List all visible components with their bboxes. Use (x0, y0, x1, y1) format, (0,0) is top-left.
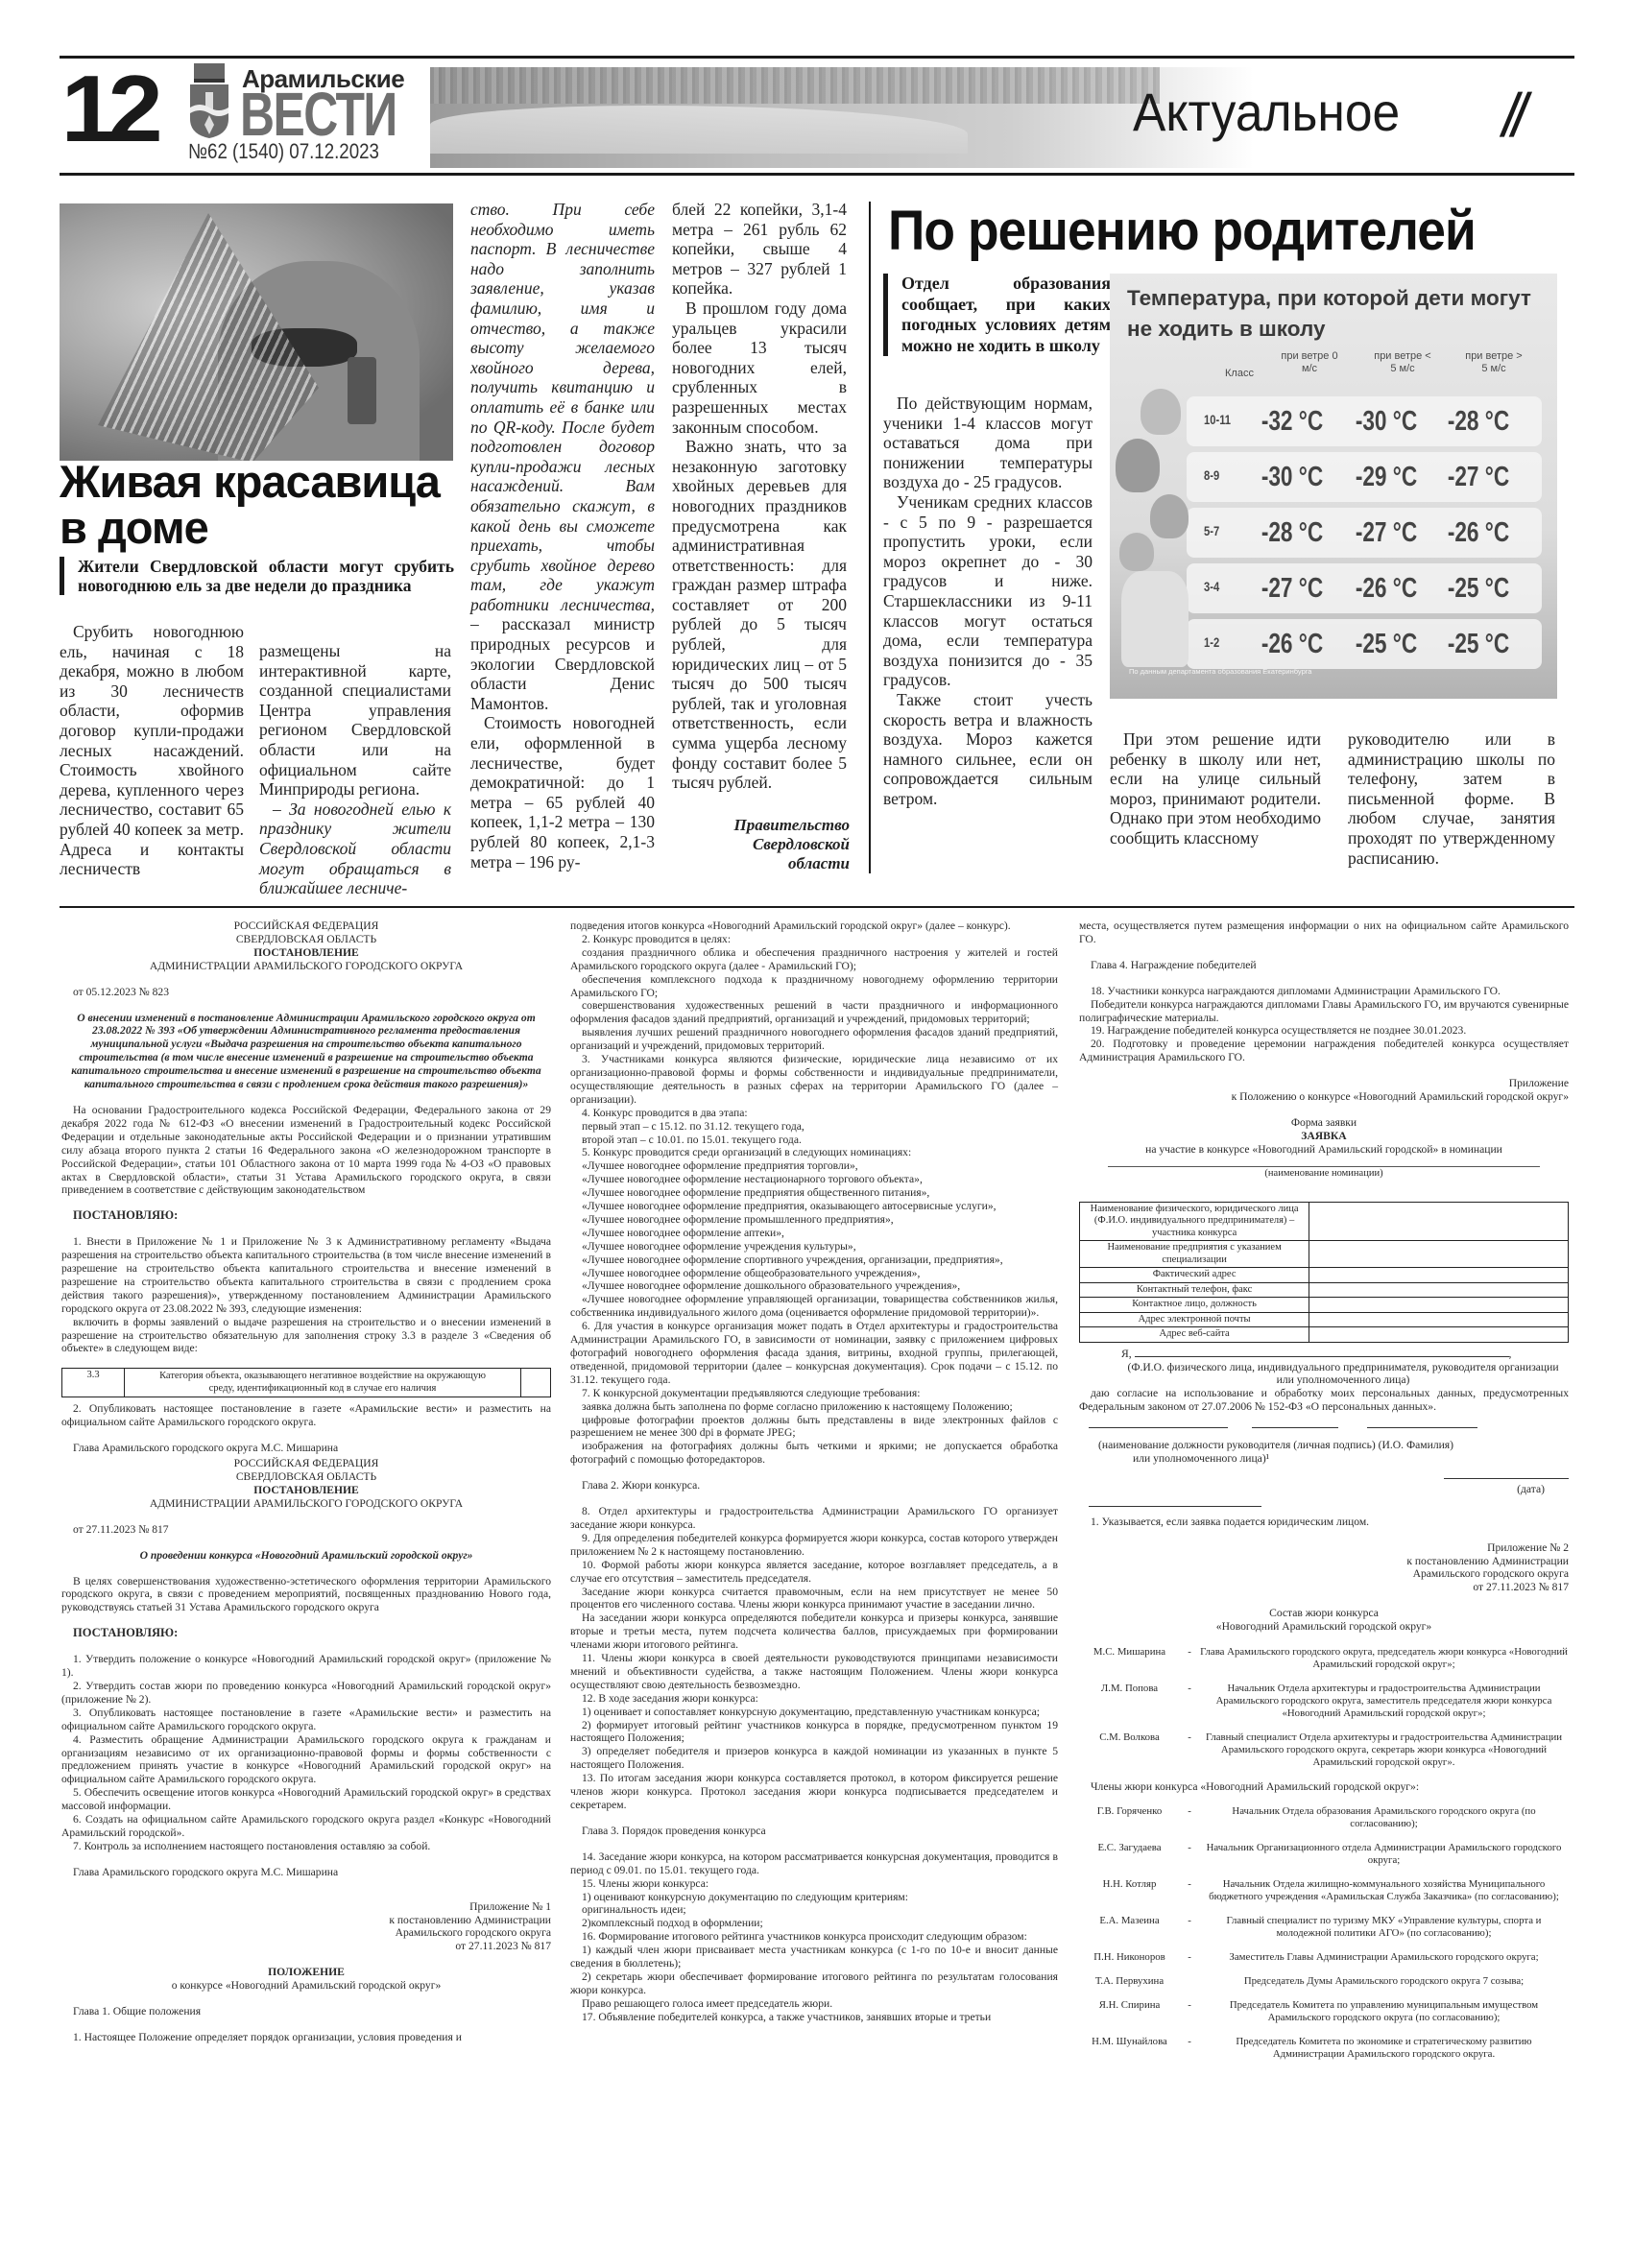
quote-attribution: – рассказал министр природных ресурсов и… (470, 614, 655, 712)
child-body-shape (1121, 571, 1189, 667)
jury-member-dash: - (1180, 1731, 1199, 1769)
date-input-line[interactable] (1444, 1478, 1569, 1479)
jury-leadership-list: М.С. Мишарина-Глава Арамильского городск… (1079, 1646, 1569, 1769)
grade-label: 3-4 (1204, 579, 1235, 594)
table-row: Наименование физического, юридического л… (1080, 1202, 1569, 1241)
jury-member-name: П.Н. Никоноров (1079, 1951, 1180, 1964)
doc-paragraph: 8. Отдел архитектуры и градостроительств… (570, 1505, 1058, 1532)
temperature-row: 10-11 -32 °C -30 °C -28 °C (1187, 396, 1542, 446)
doc-header: АДМИНИСТРАЦИИ АРАМИЛЬСКОГО ГОРОДСКОГО ОК… (61, 960, 551, 973)
doc-paragraph: 4. Конкурс проводится в два этапа: (570, 1107, 1058, 1120)
jury-member-dash: - (1180, 2036, 1199, 2061)
jury-member-name: Н.Н. Котляр (1079, 1878, 1180, 1903)
temperature-row: 3-4 -27 °C -26 °C -25 °C (1187, 563, 1542, 613)
paragraph: Ученикам средних классов - с 5 по 9 - ра… (883, 492, 1093, 690)
table-row: Адрес электронной почты (1080, 1312, 1569, 1327)
doc-paragraph: заявка должна быть заполнена по форме со… (570, 1400, 1058, 1414)
form-field-value[interactable] (1309, 1282, 1569, 1298)
doc-paragraph: 10. Формой работы жюри конкурса является… (570, 1559, 1058, 1586)
jury-member-row: П.Н. Никоноров-Заместитель Главы Админис… (1079, 1951, 1569, 1964)
appendix-line: от 27.11.2023 № 817 (61, 1940, 551, 1953)
nomination-caption: (наименование номинации) (1079, 1167, 1569, 1181)
temperature-row: 8-9 -30 °C -29 °C -27 °C (1187, 452, 1542, 502)
form-field-value[interactable] (1309, 1268, 1569, 1283)
doc-paragraph: «Лучшее новогоднее оформление аптеки», (570, 1227, 1058, 1240)
members-title: Члены жюри конкурса «Новогодний Арамильс… (1079, 1780, 1569, 1794)
paragraph: Важно знать, что за незаконную заготовку… (672, 437, 847, 793)
paragraph: По действующим нормам, ученики 1-4 класс… (883, 394, 1093, 492)
jury-member-name: Н.М. Шунайлова (1079, 2036, 1180, 2061)
jury-member-dash: - (1180, 1683, 1199, 1720)
doc-paragraph: 11. Члены жюри конкурса в своей деятельн… (570, 1652, 1058, 1692)
table-row: Наименование предприятия с указанием спе… (1080, 1241, 1569, 1268)
jury-member-role: Начальник Отдела образования Арамильског… (1199, 1805, 1569, 1830)
jury-member-role: Главный специалист Отдела архитектуры и … (1199, 1731, 1569, 1769)
temp-wind-0: -26 °C (1255, 627, 1330, 661)
paragraph: В прошлом году дома уральцев украсили бо… (672, 298, 847, 437)
form-field-label: Наименование физического, юридического л… (1080, 1202, 1309, 1241)
regulation-subtitle: о конкурсе «Новогодний Арамильский город… (61, 1979, 551, 1993)
doc-item: 5. Обеспечить освещение итогов конкурса … (61, 1786, 551, 1813)
article-column-4: блей 22 копейки, 3,1-4 метра – 261 рубль… (672, 200, 847, 793)
doc-decree: ПОСТАНОВЛЯЮ: (61, 1627, 551, 1640)
temp-wind-gt5: -28 °C (1441, 404, 1516, 439)
signature-caption-2: или уполномоченного лица)¹ (1079, 1452, 1569, 1466)
child-figure-icon (1116, 439, 1160, 492)
masthead-bottom-rule (60, 173, 1574, 176)
position-input-line[interactable] (1089, 1427, 1228, 1428)
doc-paragraph: «Лучшее новогоднее оформление дошкольног… (570, 1279, 1058, 1293)
doc-paragraph: «Лучшее новогоднее оформление промышленн… (570, 1213, 1058, 1227)
jury-member-role: Начальник Отдела архитектуры и градостро… (1199, 1683, 1569, 1720)
school-column-1: По действующим нормам, ученики 1-4 класс… (883, 394, 1093, 808)
doc-paragraph: «Лучшее новогоднее оформление предприяти… (570, 1186, 1058, 1200)
form-field-label: Адрес электронной почты (1080, 1312, 1309, 1327)
jury-member-row: Н.Н. Котляр-Начальник Отдела жилищно-ком… (1079, 1878, 1569, 1903)
chapter-heading: Глава 2. Жюри конкурса. (570, 1479, 1058, 1492)
doc-item: 4. Разместить обращение Администрации Ар… (61, 1733, 551, 1787)
chapter-heading: Глава 3. Порядок проведения конкурса (570, 1825, 1058, 1838)
children-illustration (1112, 389, 1204, 667)
doc-header: ПОСТАНОВЛЕНИЕ (61, 946, 551, 960)
temp-wind-gt5: -25 °C (1441, 627, 1516, 661)
header-grade: Класс (1201, 368, 1278, 380)
temperature-infographic: Температура, при которой дети могут не х… (1110, 274, 1557, 699)
chapter-heading: Глава 1. Общие положения (61, 2005, 551, 2018)
doc-paragraph: «Лучшее новогоднее оформление управляюще… (570, 1293, 1058, 1320)
jury-member-dash: - (1180, 1878, 1199, 1903)
jury-member-role: Начальник Отдела жилищно-коммунального х… (1199, 1878, 1569, 1903)
doc-paragraph: 1) оценивают конкурсную документацию по … (570, 1891, 1058, 1904)
doc-item: 2. Утвердить состав жюри по проведению к… (61, 1680, 551, 1707)
jury-member-dash: - (1180, 1915, 1199, 1940)
doc-paragraph: 5. Конкурс проводится среди организаций … (570, 1146, 1058, 1159)
consent-text: даю согласие на использование и обработк… (1079, 1387, 1569, 1414)
doc-paragraph: 3. Участниками конкурса являются физичес… (570, 1053, 1058, 1107)
doc-item: 6. Создать на официальном сайте Арамильс… (61, 1813, 551, 1840)
doc-header: СВЕРДЛОВСКАЯ ОБЛАСТЬ (61, 933, 551, 946)
spacer (570, 1838, 1058, 1850)
temp-wind-lt5: -25 °C (1349, 627, 1424, 661)
doc-paragraph: выявления лучших решений праздничного но… (570, 1026, 1058, 1053)
doc-paragraph: подведения итогов конкурса «Новогодний А… (570, 919, 1058, 933)
header-wind-0: при ветре 0 м/с (1281, 350, 1338, 375)
doc-paragraph: 19. Награждение победителей конкурса осу… (1079, 1024, 1569, 1038)
temperature-row: 5-7 -28 °C -27 °C -26 °C (1187, 508, 1542, 558)
appendix-line: к постановлению Администрации (61, 1914, 551, 1927)
doc-paragraph: второй этап – с 10.01. по 15.01. текущег… (570, 1134, 1058, 1147)
legal-column-left: РОССИЙСКАЯ ФЕДЕРАЦИЯ СВЕРДЛОВСКАЯ ОБЛАСТ… (61, 919, 551, 2044)
legal-column-middle: подведения итогов конкурса «Новогодний А… (570, 919, 1058, 2024)
doc-date-number: от 27.11.2023 № 817 (61, 1523, 551, 1537)
header-wind-lt5: при ветре < 5 м/с (1374, 350, 1431, 375)
doc-item: 7. Контроль за исполнением настоящего по… (61, 1840, 551, 1853)
doc-preamble: На основании Градостроительного кодекса … (61, 1104, 551, 1197)
chapter-heading: Глава 4. Награждение победителей (1079, 959, 1569, 972)
jury-member-dash: - (1180, 1646, 1199, 1671)
jury-member-dash: - (1180, 1951, 1199, 1964)
jury-member-row: Г.В. Горяченко-Начальник Отдела образова… (1079, 1805, 1569, 1830)
jury-member-role: Главный специалист по туризму МКУ «Управ… (1199, 1915, 1569, 1940)
section-title: Актуальное (1133, 79, 1400, 146)
signature-caption: (наименование должности руководителя (ли… (1079, 1439, 1569, 1452)
jury-member-row: М.С. Мишарина-Глава Арамильского городск… (1079, 1646, 1569, 1671)
doc-decree: ПОСТАНОВЛЯЮ: (61, 1209, 551, 1223)
ya-label: Я, (1121, 1348, 1132, 1360)
doc-paragraph: первый этап – с 15.12. по 31.12. текущег… (570, 1120, 1058, 1134)
form-field-value[interactable] (1309, 1327, 1569, 1343)
doc-paragraph: 14. Заседание жюри конкурса, на котором … (570, 1850, 1058, 1877)
grade-label: 10-11 (1204, 412, 1235, 427)
form-field-label: Контактный телефон, факс (1080, 1282, 1309, 1298)
child-figure-icon (1150, 494, 1189, 538)
section-slashes-icon: // (1499, 86, 1525, 144)
doc-paragraph: обеспечения комплексного подхода к празд… (570, 973, 1058, 1000)
column-divider (869, 202, 871, 873)
appendix-line: от 27.11.2023 № 817 (1079, 1581, 1569, 1594)
doc-header: РОССИЙСКАЯ ФЕДЕРАЦИЯ (61, 919, 551, 933)
regulation-title: ПОЛОЖЕНИЕ (61, 1966, 551, 1979)
doc-header: АДМИНИСТРАЦИИ АРАМИЛЬСКОГО ГОРОДСКОГО ОК… (61, 1497, 551, 1511)
paragraph: блей 22 копейки, 3,1-4 метра – 261 рубль… (672, 200, 847, 298)
doc-paragraph: «Лучшее новогоднее оформление нестациона… (570, 1173, 1058, 1186)
page-number: 12 (61, 61, 156, 155)
form-field-value[interactable] (1309, 1202, 1569, 1241)
table-cell (521, 1369, 551, 1397)
temp-wind-lt5: -26 °C (1349, 571, 1424, 606)
form-field-value[interactable] (1309, 1241, 1569, 1268)
doc-paragraph: 18. Участники конкурса награждаются дипл… (1079, 985, 1569, 998)
doc-item: 3. Опубликовать настоящее постановление … (61, 1707, 551, 1733)
doc-paragraph: включить в формы заявлений о выдаче разр… (61, 1316, 551, 1356)
date-caption: (дата) (1079, 1483, 1569, 1496)
doc1-table: 3.3 Категория объекта, оказывающего нега… (61, 1368, 551, 1397)
article-column-1: Срубить новогоднюю ель, начиная с 18 дек… (60, 622, 244, 879)
jury-member-name: М.С. Мишарина (1079, 1646, 1180, 1671)
child-figure-icon (1141, 389, 1181, 435)
jury-title: Состав жюри конкурса (1079, 1607, 1569, 1620)
jury-member-role: Председатель Комитета по управлению муни… (1199, 1999, 1569, 2024)
doc-paragraph: 3) определяет победителя и призеров конк… (570, 1745, 1058, 1772)
spruce-branch-shape (98, 213, 319, 461)
christmas-tree-photo (60, 203, 453, 461)
doc-paragraph: Победители конкурса награждаются диплома… (1079, 998, 1569, 1025)
form-field-label: Наименование предприятия с указанием спе… (1080, 1241, 1309, 1268)
temp-wind-0: -30 °C (1255, 460, 1330, 494)
temp-wind-gt5: -26 °C (1441, 515, 1516, 550)
jury-member-role: Председатель Думы Арамильского городског… (1199, 1975, 1569, 1988)
grade-label: 1-2 (1204, 634, 1235, 650)
doc-paragraph: «Лучшее новогоднее оформление предприяти… (570, 1200, 1058, 1213)
jury-member-row: С.М. Волкова-Главный специалист Отдела а… (1079, 1731, 1569, 1769)
temp-wind-lt5: -27 °C (1349, 515, 1424, 550)
article-lead-school: Отдел образования сообщает, при каких по… (883, 274, 1111, 356)
jury-member-role: Председатель Комитета по экономике и стр… (1199, 2036, 1569, 2061)
doc-paragraph: «Лучшее новогоднее оформление предприяти… (570, 1159, 1058, 1173)
form-label: Форма заявки (1079, 1116, 1569, 1130)
doc-paragraph: 1) оценивает и сопоставляет конкурсную д… (570, 1706, 1058, 1719)
header-wind-gt5: при ветре > 5 м/с (1465, 350, 1523, 375)
doc-paragraph: 13. По итогам заседания жюри конкурса со… (570, 1772, 1058, 1812)
doc-paragraph: Заседание жюри конкурса считается правом… (570, 1586, 1058, 1612)
table-row: Контактный телефон, факс (1080, 1282, 1569, 1298)
doc-paragraph: 16. Формирование итогового рейтинга учас… (570, 1930, 1058, 1944)
doc-title: О внесении изменений в постановление Адм… (61, 1012, 551, 1091)
axe-icon (348, 357, 376, 424)
doc-paragraph: места, осуществляется путем размещения и… (1079, 919, 1569, 946)
table-row: Фактический адрес (1080, 1268, 1569, 1283)
temp-wind-gt5: -25 °C (1441, 571, 1516, 606)
doc-paragraph: 1. Внести в Приложение № 1 и Приложение … (61, 1235, 551, 1315)
quote-text: ство. При себе необходимо иметь паспорт.… (470, 200, 655, 614)
issue-number-date: №62 (1540) 07.12.2023 (188, 140, 379, 163)
infographic-source: По данным департамента образования Екате… (1129, 667, 1311, 676)
quote-paragraph: – За новогодней елью к празднику жители … (259, 800, 451, 898)
masthead-top-rule (60, 56, 1574, 59)
appendix-line: Арамильского городского округа (1079, 1567, 1569, 1581)
paragraph: При этом решение идти ребенку в школу ил… (1110, 729, 1321, 848)
spacer (570, 1467, 1058, 1479)
doc-signature: Глава Арамильского городского округа М.С… (61, 1442, 551, 1455)
doc-item: 1. Утвердить положение о конкурсе «Новог… (61, 1653, 551, 1680)
jury-member-name: Л.М. Попова (1079, 1683, 1180, 1720)
doc-paragraph: цифровые фотографии проектов должны быть… (570, 1414, 1058, 1441)
legal-section-rule (60, 906, 1574, 908)
article-headline: Живая красавица в доме (60, 459, 463, 551)
table-row: Контактное лицо, должность (1080, 1298, 1569, 1313)
jury-member-name: Е.А. Мазеина (1079, 1915, 1180, 1940)
jury-member-role: Глава Арамильского городского округа, пр… (1199, 1646, 1569, 1671)
footnote-rule (1089, 1506, 1261, 1507)
doc-paragraph: 17. Объявление победителей конкурса, а т… (570, 2011, 1058, 2024)
child-figure-icon (1119, 533, 1154, 571)
paragraph: Стоимость новогодней ели, оформленной в … (470, 713, 655, 871)
jury-member-row: Е.С. Загудаева-Начальник Организационног… (1079, 1842, 1569, 1867)
doc-paragraph: «Лучшее новогоднее оформление спортивног… (570, 1253, 1058, 1267)
spacer (570, 1812, 1058, 1825)
school-column-2: При этом решение идти ребенку в школу ил… (1110, 729, 1321, 848)
doc-paragraph: 12. В ходе заседания жюри конкурса: (570, 1692, 1058, 1706)
doc-paragraph: 2)комплексный подход в оформлении; (570, 1917, 1058, 1930)
jury-member-name: С.М. Волкова (1079, 1731, 1180, 1769)
article-lead: Жители Свердловской области могут срубит… (60, 557, 454, 595)
jury-title: «Новогодний Арамильский городской округ» (1079, 1620, 1569, 1634)
temperature-row: 1-2 -26 °C -25 °C -25 °C (1187, 619, 1542, 669)
jury-member-name: Г.В. Горяченко (1079, 1805, 1180, 1830)
jury-member-row: Е.А. Мазеина-Главный специалист по туриз… (1079, 1915, 1569, 1940)
grade-label: 5-7 (1204, 523, 1235, 538)
paragraph: руководителю или в администрацию школы п… (1348, 729, 1555, 868)
doc-paragraph: 2) формирует итоговый рейтинг участников… (570, 1719, 1058, 1746)
legal-column-right: места, осуществляется путем размещения и… (1079, 919, 1569, 2072)
doc-header: РОССИЙСКАЯ ФЕДЕРАЦИЯ (61, 1457, 551, 1470)
table-cell: 3.3 (62, 1369, 125, 1397)
doc-signature: Глава Арамильского городского округа М.С… (61, 1866, 551, 1879)
form-title: ЗАЯВКА (1079, 1130, 1569, 1143)
doc-paragraph: 2. Опубликовать настоящее постановление … (61, 1402, 551, 1429)
appendix-line: к постановлению Администрации (1079, 1555, 1569, 1568)
doc-paragraph: «Лучшее новогоднее оформление общеобразо… (570, 1267, 1058, 1280)
doc-title: О проведении конкурса «Новогодний Арамил… (61, 1549, 551, 1563)
jury-member-dash: - (1180, 1842, 1199, 1867)
doc-paragraph: 20. Подготовку и проведение церемонии на… (1079, 1038, 1569, 1064)
table-cell: Категория объекта, оказывающего негативн… (125, 1369, 521, 1397)
article-signature: Правительство Свердловской области (715, 816, 850, 873)
doc-preamble: В целях совершенствования художественно-… (61, 1575, 551, 1615)
jury-member-name: Е.С. Загудаева (1079, 1842, 1180, 1867)
coat-of-arms-icon (188, 63, 230, 138)
doc-paragraph: 1) каждый член жюри присваивает места уч… (570, 1944, 1058, 1970)
grade-label: 8-9 (1204, 467, 1235, 483)
footnote: 1. Указывается, если заявка подается юри… (1079, 1516, 1569, 1529)
appendix-line: Приложение № 1 (61, 1900, 551, 1914)
article-column-2: размещены на интерактивной карте, создан… (259, 641, 451, 898)
doc-paragraph: «Лучшее новогоднее оформление учреждения… (570, 1240, 1058, 1253)
form-field-label: Адрес веб-сайта (1080, 1327, 1309, 1343)
doc-date-number: от 05.12.2023 № 823 (61, 986, 551, 999)
jury-members-list: Г.В. Горяченко-Начальник Отдела образова… (1079, 1805, 1569, 2061)
form-field-label: Контактное лицо, должность (1080, 1298, 1309, 1313)
doc-paragraph: 6. Для участия в конкурсе организация мо… (570, 1320, 1058, 1387)
temp-wind-lt5: -30 °C (1349, 404, 1424, 439)
name-caption: (Ф.И.О. физического лица, индивидуальног… (1079, 1361, 1569, 1388)
signature-input-line[interactable] (1252, 1427, 1338, 1428)
jury-member-dash: - (1180, 1805, 1199, 1830)
doc-paragraph: 7. К конкурсной документации предъявляют… (570, 1387, 1058, 1400)
application-form-table: Наименование физического, юридического л… (1079, 1202, 1569, 1343)
temp-wind-0: -32 °C (1255, 404, 1330, 439)
paragraph: размещены на интерактивной карте, создан… (259, 641, 451, 800)
fio-input-line[interactable] (1367, 1427, 1477, 1428)
temp-wind-0: -27 °C (1255, 571, 1330, 606)
form-subtitle: на участие в конкурсе «Новогодний Арамил… (1079, 1143, 1569, 1157)
appendix-line: Арамильского городского округа (61, 1926, 551, 1940)
jury-member-dash (1180, 1975, 1199, 1988)
school-column-3: руководителю или в администрацию школы п… (1348, 729, 1555, 868)
jury-member-name: Я.Н. Спирина (1079, 1999, 1180, 2024)
infographic-title: Температура, при которой дети могут не х… (1127, 283, 1549, 345)
doc-header: СВЕРДЛОВСКАЯ ОБЛАСТЬ (61, 1470, 551, 1484)
jury-member-row: Л.М. Попова-Начальник Отдела архитектуры… (1079, 1683, 1569, 1720)
temp-wind-lt5: -29 °C (1349, 460, 1424, 494)
form-field-value[interactable] (1309, 1312, 1569, 1327)
jury-member-role: Начальник Организационного отдела Админи… (1199, 1842, 1569, 1867)
doc-paragraph: оригинальность идеи; (570, 1903, 1058, 1917)
paragraph: Срубить новогоднюю ель, начиная с 18 дек… (60, 622, 244, 879)
doc-header: ПОСТАНОВЛЕНИЕ (61, 1484, 551, 1497)
table-row: 3.3 Категория объекта, оказывающего нега… (62, 1369, 551, 1397)
table-row: Адрес веб-сайта (1080, 1327, 1569, 1343)
doc-paragraph: совершенствования художественных решений… (570, 999, 1058, 1026)
appendix-line: к Положению о конкурсе «Новогодний Арами… (1079, 1090, 1569, 1104)
newspaper-name-main: ВЕСТИ (240, 86, 396, 142)
doc-paragraph: 2. Конкурс проводится в целях: (570, 933, 1058, 946)
temp-wind-0: -28 °C (1255, 515, 1330, 550)
jury-member-row: Н.М. Шунайлова-Председатель Комитета по … (1079, 2036, 1569, 2061)
doc-paragraph: 15. Члены жюри конкурса: (570, 1877, 1058, 1891)
doc-paragraph: 9. Для определения победителей конкурса … (570, 1532, 1058, 1559)
appendix-line: Приложение (1079, 1077, 1569, 1090)
temp-wind-gt5: -27 °C (1441, 460, 1516, 494)
paragraph: Также стоит учесть скорость ветра и влаж… (883, 690, 1093, 809)
spacer (570, 1492, 1058, 1505)
article-headline-school: По решению родителей (888, 198, 1476, 265)
doc-paragraph: На заседании жюри конкурса определяются … (570, 1611, 1058, 1652)
doc-paragraph: 2) секретарь жюри обеспечивает формирова… (570, 1970, 1058, 1997)
form-field-value[interactable] (1309, 1298, 1569, 1313)
doc-paragraph: изображения на фотографиях должны быть ч… (570, 1440, 1058, 1467)
appendix-line: Приложение № 2 (1079, 1541, 1569, 1555)
name-input-line[interactable] (1135, 1347, 1509, 1357)
doc-paragraph: 1. Настоящее Положение определяет порядо… (61, 2031, 551, 2044)
doc-paragraph: Право решающего голоса имеет председател… (570, 1997, 1058, 2011)
article-column-3: ство. При себе необходимо иметь паспорт.… (470, 200, 655, 871)
form-field-label: Фактический адрес (1080, 1268, 1309, 1283)
jury-member-name: Т.А. Первухина (1079, 1975, 1180, 1988)
doc-paragraph: создания праздничного облика и обеспечен… (570, 946, 1058, 973)
jury-member-row: Я.Н. Спирина-Председатель Комитета по уп… (1079, 1999, 1569, 2024)
jury-member-row: Т.А. ПервухинаПредседатель Думы Арамильс… (1079, 1975, 1569, 1988)
jury-member-role: Заместитель Главы Администрации Арамильс… (1199, 1951, 1569, 1964)
jury-member-dash: - (1180, 1999, 1199, 2024)
